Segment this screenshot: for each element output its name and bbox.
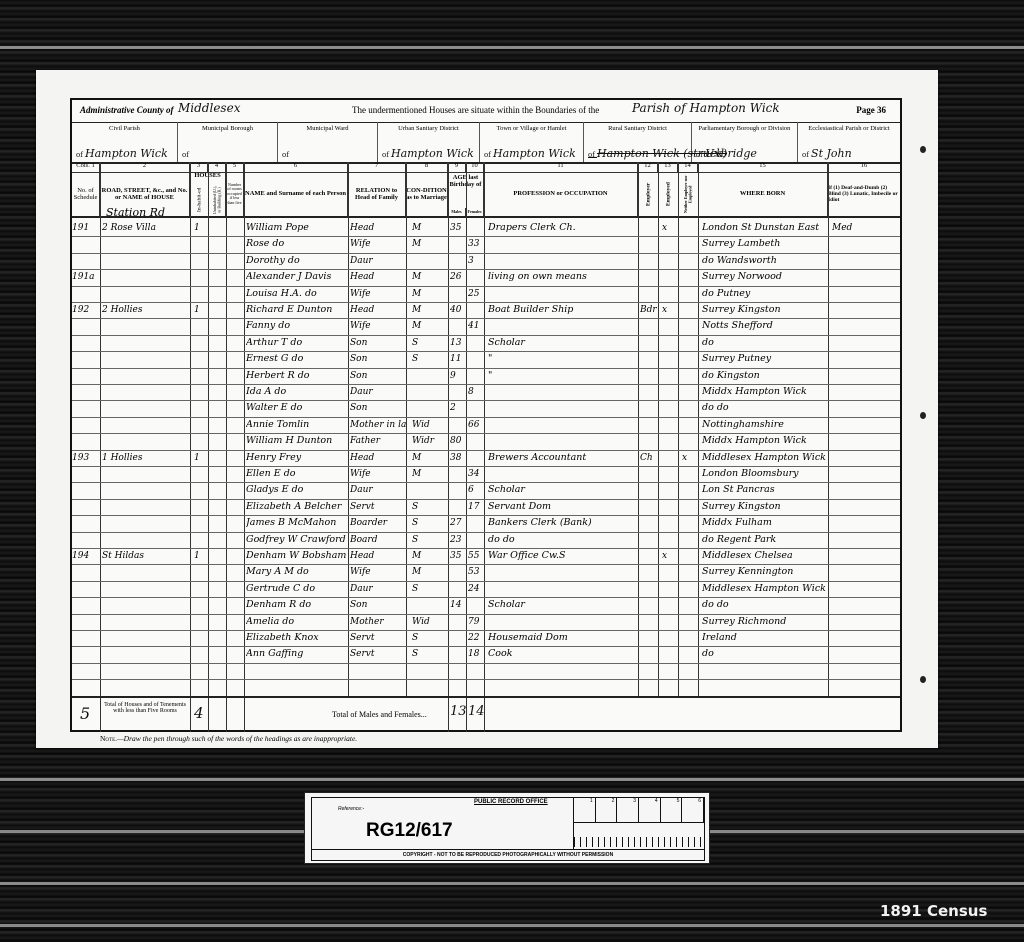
name-cell: Amelia do	[246, 614, 348, 630]
header-condition: CON-DITION as to Marriage	[406, 172, 448, 216]
relation-cell: Servt	[350, 499, 406, 515]
colnum: Cols. 1	[72, 162, 100, 172]
colnum: 14	[678, 162, 698, 172]
employed-cell	[662, 499, 678, 515]
totals-row: 5 Total of Houses and of Tenements with …	[72, 696, 900, 732]
employer-cell	[640, 482, 658, 498]
inhabited-cell	[194, 614, 208, 630]
district-row: Civil ParishHampton Wick Municipal Borou…	[72, 122, 900, 164]
district-urban-sanitary: Urban Sanitary DistrictHampton Wick	[378, 122, 480, 162]
inhabited-cell	[194, 335, 208, 351]
relation-cell: Son	[350, 335, 406, 351]
house-cell	[102, 597, 190, 613]
name-cell: Gladys E do	[246, 482, 348, 498]
infirmity-cell	[832, 286, 898, 302]
relation-cell: Wife	[350, 564, 406, 580]
birthplace-cell: Surrey Norwood	[702, 269, 828, 285]
occupation-cell: do do	[488, 532, 638, 548]
occupation-cell: Scholar	[488, 482, 638, 498]
employer-cell	[640, 417, 658, 433]
relation-cell: Daur	[350, 253, 406, 269]
condition-cell: Wid	[412, 417, 448, 433]
neither-cell	[682, 220, 698, 236]
inhabited-cell: 1	[194, 220, 208, 236]
neither-cell	[682, 384, 698, 400]
name-cell: Ann Gaffing	[246, 646, 348, 662]
infirmity-cell	[832, 515, 898, 531]
female-age-cell	[468, 335, 484, 351]
neither-cell	[682, 597, 698, 613]
name-cell: Denham R do	[246, 597, 348, 613]
table-row: Gertrude C doDaurS24Middlesex Hampton Wi…	[72, 581, 900, 598]
header-occupation: PROFESSION or OCCUPATION	[484, 172, 638, 216]
occupation-cell	[488, 384, 638, 400]
male-age-cell: 27	[450, 515, 466, 531]
table-row: 194St Hildas1Denham W BobshamHeadM3555Wa…	[72, 548, 900, 565]
neither-cell	[682, 466, 698, 482]
schedule-cell: 192	[72, 302, 100, 318]
birthplace-cell	[702, 679, 828, 695]
neither-cell	[682, 400, 698, 416]
female-age-cell	[468, 269, 484, 285]
male-age-cell	[450, 581, 466, 597]
employer-cell: Bdr	[640, 302, 658, 318]
infirmity-cell	[832, 646, 898, 662]
inhabited-cell	[194, 433, 208, 449]
employed-cell	[662, 646, 678, 662]
district-rural-sanitary: Rural Sanitary DistrictHampton Wick (str…	[584, 122, 692, 162]
house-cell	[102, 384, 190, 400]
male-age-cell	[450, 466, 466, 482]
birthplace-cell: Notts Shefford	[702, 318, 828, 334]
employed-cell	[662, 532, 678, 548]
header-inhabited: In-habit-ed	[190, 184, 208, 216]
condition-cell: M	[412, 236, 448, 252]
employed-cell	[662, 614, 678, 630]
condition-cell: S	[412, 499, 448, 515]
employed-cell	[662, 663, 678, 679]
relation-cell: Boarder	[350, 515, 406, 531]
inhabited-cell	[194, 499, 208, 515]
occupation-cell	[488, 564, 638, 580]
condition-cell: Wid	[412, 614, 448, 630]
admin-county-label: Administrative County of	[80, 105, 174, 115]
employed-cell	[662, 466, 678, 482]
relation-cell: Son	[350, 351, 406, 367]
occupation-cell: Cook	[488, 646, 638, 662]
name-cell: Fanny do	[246, 318, 348, 334]
female-age-cell: 24	[468, 581, 484, 597]
header-employer: Employer	[638, 172, 658, 216]
birthplace-cell: do do	[702, 400, 828, 416]
infirmity-cell	[832, 417, 898, 433]
relation-cell: Son	[350, 368, 406, 384]
table-row: James B McMahonBoarderS27Bankers Clerk (…	[72, 515, 900, 532]
note-text: —Draw the pen through such of the words …	[117, 734, 357, 743]
male-age-cell: 80	[450, 433, 466, 449]
infirmity-cell	[832, 433, 898, 449]
name-cell: Mary A M do	[246, 564, 348, 580]
relation-cell: Servt	[350, 646, 406, 662]
inhabited-cell	[194, 417, 208, 433]
schedule-cell	[72, 253, 100, 269]
colnum: 5	[226, 162, 244, 172]
birthplace-cell: London St Dunstan East	[702, 220, 828, 236]
neither-cell	[682, 532, 698, 548]
employed-cell: x	[662, 548, 678, 564]
employer-cell	[640, 318, 658, 334]
name-cell: Ellen E do	[246, 466, 348, 482]
relation-cell: Father	[350, 433, 406, 449]
female-age-cell	[468, 663, 484, 679]
condition-cell: M	[412, 564, 448, 580]
scale-mark: 1	[574, 798, 596, 822]
employer-cell: Ch	[640, 450, 658, 466]
census-entries: Station Rd 1912 Rose Villa1William PopeH…	[72, 216, 900, 696]
employed-cell: x	[662, 302, 678, 318]
neither-cell	[682, 253, 698, 269]
inhabited-cell	[194, 597, 208, 613]
scale-mark: 4	[639, 798, 661, 822]
infirmity-cell	[832, 335, 898, 351]
employer-cell	[640, 630, 658, 646]
neither-cell	[682, 318, 698, 334]
neither-cell	[682, 499, 698, 515]
relation-cell: Head	[350, 302, 406, 318]
condition-cell: M	[412, 269, 448, 285]
male-age-cell	[450, 253, 466, 269]
note-lead: Note.	[100, 734, 117, 743]
birthplace-cell: Middx Fulham	[702, 515, 828, 531]
female-age-cell	[468, 351, 484, 367]
employed-cell	[662, 236, 678, 252]
total-persons-label: Total of Males and Females...	[332, 710, 427, 719]
condition-cell: M	[412, 318, 448, 334]
relation-cell	[350, 663, 406, 679]
schedule-cell	[72, 630, 100, 646]
header-females: Females	[466, 208, 484, 216]
female-age-cell	[468, 433, 484, 449]
employed-cell: x	[662, 220, 678, 236]
employed-cell	[662, 368, 678, 384]
occupation-cell	[488, 417, 638, 433]
house-cell	[102, 433, 190, 449]
neither-cell	[682, 286, 698, 302]
relation-cell: Head	[350, 269, 406, 285]
inhabited-cell	[194, 663, 208, 679]
occupation-cell	[488, 581, 638, 597]
infirmity-cell	[832, 351, 898, 367]
relation-cell: Wife	[350, 318, 406, 334]
female-age-cell: 33	[468, 236, 484, 252]
condition-cell	[412, 482, 448, 498]
neither-cell	[682, 433, 698, 449]
schedule-cell	[72, 286, 100, 302]
occupation-cell	[488, 253, 638, 269]
punch-hole	[920, 146, 926, 153]
house-cell	[102, 564, 190, 580]
name-cell: Arthur T do	[246, 335, 348, 351]
page-number: Page 36	[856, 105, 886, 115]
neither-cell	[682, 630, 698, 646]
house-cell	[102, 335, 190, 351]
condition-cell: S	[412, 646, 448, 662]
employer-cell	[640, 663, 658, 679]
table-row: Amelia doMotherWid79Surrey Richmond	[72, 614, 900, 631]
birthplace-cell: Surrey Kingston	[702, 302, 828, 318]
birthplace-cell: Nottinghamshire	[702, 417, 828, 433]
infirmity-cell	[832, 318, 898, 334]
header-rooms: Number of rooms occupied if less than fi…	[226, 172, 244, 216]
column-headers: No. of Schedule ROAD, STREET, &c., and N…	[72, 172, 900, 218]
infirmity-cell	[832, 564, 898, 580]
neither-cell	[682, 548, 698, 564]
table-row	[72, 663, 900, 680]
condition-cell: S	[412, 515, 448, 531]
table-row: Annie TomlinMother in lawWid66Nottingham…	[72, 417, 900, 434]
neither-cell	[682, 663, 698, 679]
colnum: 9	[448, 162, 466, 172]
occupation-cell: Drapers Clerk Ch.	[488, 220, 638, 236]
relation-cell: Head	[350, 220, 406, 236]
female-age-cell	[468, 679, 484, 695]
name-cell: Herbert R do	[246, 368, 348, 384]
employed-cell	[662, 630, 678, 646]
table-row: Godfrey W CrawfordBoardS23do dodo Regent…	[72, 532, 900, 549]
occupation-cell	[488, 466, 638, 482]
house-cell	[102, 318, 190, 334]
occupation-cell: living on own means	[488, 269, 638, 285]
birthplace-cell: do Wandsworth	[702, 253, 828, 269]
total-schedules: 5	[80, 704, 90, 723]
male-age-cell: 38	[450, 450, 466, 466]
employed-cell	[662, 253, 678, 269]
occupation-cell	[488, 236, 638, 252]
condition-cell	[412, 400, 448, 416]
neither-cell	[682, 614, 698, 630]
occupation-cell	[488, 400, 638, 416]
house-cell	[102, 515, 190, 531]
employer-cell	[640, 679, 658, 695]
birthplace-cell: Middlesex Hampton Wick	[702, 450, 828, 466]
scale-mark: 2	[596, 798, 618, 822]
infirmity-cell	[832, 368, 898, 384]
district-civil-parish: Civil ParishHampton Wick	[72, 122, 178, 162]
female-age-cell: 6	[468, 482, 484, 498]
male-age-cell	[450, 646, 466, 662]
condition-cell: M	[412, 220, 448, 236]
header-employed: Employed	[658, 172, 678, 216]
house-cell: 1 Hollies	[102, 450, 190, 466]
house-cell	[102, 269, 190, 285]
reference-label: Reference:-	[338, 806, 364, 812]
table-row: Arthur T doSonS13Scholardo	[72, 335, 900, 352]
condition-cell: M	[412, 450, 448, 466]
name-cell: Ernest G do	[246, 351, 348, 367]
infirmity-cell	[832, 532, 898, 548]
neither-cell	[682, 269, 698, 285]
punch-hole	[920, 412, 926, 419]
inhabited-cell	[194, 318, 208, 334]
schedule-cell	[72, 679, 100, 695]
schedule-cell	[72, 646, 100, 662]
employer-cell	[640, 400, 658, 416]
relation-cell: Servt	[350, 630, 406, 646]
scale-mark: 3	[617, 798, 639, 822]
female-age-cell: 17	[468, 499, 484, 515]
table-row: Ann GaffingServtS18Cookdo	[72, 646, 900, 663]
schedule-cell	[72, 663, 100, 679]
copyright-notice: COPYRIGHT - NOT TO BE REPRODUCED PHOTOGR…	[312, 849, 704, 860]
condition-cell	[412, 253, 448, 269]
male-age-cell	[450, 630, 466, 646]
neither-cell	[682, 646, 698, 662]
occupation-cell	[488, 614, 638, 630]
house-cell	[102, 417, 190, 433]
condition-cell: M	[412, 466, 448, 482]
relation-cell: Head	[350, 450, 406, 466]
schedule-cell	[72, 614, 100, 630]
infirmity-cell	[832, 482, 898, 498]
name-cell	[246, 663, 348, 679]
infirmity-cell	[832, 581, 898, 597]
neither-cell	[682, 679, 698, 695]
house-cell	[102, 368, 190, 384]
census-page: Administrative County of Middlesex The u…	[36, 70, 938, 748]
infirmity-cell: Med	[832, 220, 898, 236]
employer-cell	[640, 368, 658, 384]
schedule-cell: 191a	[72, 269, 100, 285]
table-row: Louisa H.A. doWifeM25do Putney	[72, 286, 900, 303]
name-cell: Henry Frey	[246, 450, 348, 466]
schedule-cell	[72, 335, 100, 351]
relation-cell: Daur	[350, 384, 406, 400]
birthplace-cell: do	[702, 646, 828, 662]
inhabited-cell: 1	[194, 450, 208, 466]
occupation-cell: Servant Dom	[488, 499, 638, 515]
birthplace-cell: Ireland	[702, 630, 828, 646]
employed-cell	[662, 286, 678, 302]
header-uninhabited: Uninhabited (U.), or Building (B.)	[208, 184, 226, 216]
birthplace-cell: Surrey Lambeth	[702, 236, 828, 252]
relation-cell: Head	[350, 548, 406, 564]
public-record-office-label: PUBLIC RECORD OFFICE	[474, 799, 548, 805]
header-relation: RELATION to Head of Family	[348, 172, 406, 216]
occupation-cell: Housemaid Dom	[488, 630, 638, 646]
relation-cell: Daur	[350, 581, 406, 597]
occupation-cell: Bankers Clerk (Bank)	[488, 515, 638, 531]
male-age-cell	[450, 236, 466, 252]
employed-cell	[662, 351, 678, 367]
infirmity-cell	[832, 236, 898, 252]
schedule-cell	[72, 597, 100, 613]
table-row: Gladys E doDaur6ScholarLon St Pancras	[72, 482, 900, 499]
inhabited-cell: 1	[194, 548, 208, 564]
district-ecclesiastical: Ecclesiastical Parish or DistrictSt John	[798, 122, 900, 162]
header-schedule: No. of Schedule	[72, 172, 100, 216]
employer-cell	[640, 220, 658, 236]
male-age-cell: 35	[450, 548, 466, 564]
colnum: 6	[244, 162, 348, 172]
infirmity-cell	[832, 384, 898, 400]
female-age-cell: 66	[468, 417, 484, 433]
inhabited-cell	[194, 368, 208, 384]
total-males: 13	[450, 704, 467, 719]
relation-cell	[350, 679, 406, 695]
table-row: Ida A doDaur8Middx Hampton Wick	[72, 384, 900, 401]
neither-cell	[682, 581, 698, 597]
table-row: Walter E doSon2do do	[72, 400, 900, 417]
relation-cell: Wife	[350, 466, 406, 482]
occupation-cell	[488, 663, 638, 679]
inhabited-cell	[194, 679, 208, 695]
header-infirmity: If (1) Deaf-and-Dumb (2) Blind (3) Lunat…	[828, 172, 900, 216]
condition-cell: S	[412, 630, 448, 646]
table-row: Fanny doWifeM41Notts Shefford	[72, 318, 900, 335]
condition-cell: S	[412, 532, 448, 548]
employer-cell	[640, 646, 658, 662]
birthplace-cell: Lon St Pancras	[702, 482, 828, 498]
table-row: Denham R doSon14Scholardo do	[72, 597, 900, 614]
schedule-cell	[72, 417, 100, 433]
employer-cell	[640, 614, 658, 630]
male-age-cell: 40	[450, 302, 466, 318]
inhabited-cell	[194, 564, 208, 580]
neither-cell	[682, 335, 698, 351]
condition-cell: M	[412, 286, 448, 302]
form-header: Administrative County of Middlesex The u…	[72, 100, 900, 123]
male-age-cell	[450, 679, 466, 695]
boundaries-label: The undermentioned Houses are situate wi…	[352, 105, 599, 115]
schedule-cell	[72, 515, 100, 531]
male-age-cell	[450, 417, 466, 433]
header-name: NAME and Surname of each Person	[244, 172, 348, 216]
house-cell	[102, 581, 190, 597]
employer-cell	[640, 351, 658, 367]
female-age-cell: 53	[468, 564, 484, 580]
table-row: 191aAlexander J DavisHeadM26living on ow…	[72, 269, 900, 286]
name-cell: Elizabeth A Belcher	[246, 499, 348, 515]
neither-cell	[682, 482, 698, 498]
occupation-cell	[488, 679, 638, 695]
house-cell	[102, 253, 190, 269]
colnum: 3	[190, 162, 208, 172]
house-cell	[102, 532, 190, 548]
occupation-cell: Boat Builder Ship	[488, 302, 638, 318]
male-age-cell	[450, 564, 466, 580]
neither-cell	[682, 351, 698, 367]
employed-cell	[662, 581, 678, 597]
female-age-cell: 18	[468, 646, 484, 662]
colnum: 13	[658, 162, 678, 172]
infirmity-cell	[832, 466, 898, 482]
employer-cell	[640, 548, 658, 564]
condition-cell: M	[412, 548, 448, 564]
inhabited-cell	[194, 532, 208, 548]
relation-cell: Wife	[350, 236, 406, 252]
inhabited-cell	[194, 253, 208, 269]
census-form: Administrative County of Middlesex The u…	[70, 98, 902, 732]
male-age-cell	[450, 663, 466, 679]
condition-cell	[412, 663, 448, 679]
table-row: Elizabeth KnoxServtS22Housemaid DomIrela…	[72, 630, 900, 647]
schedule-cell	[72, 581, 100, 597]
schedule-cell	[72, 482, 100, 498]
colnum: 7	[348, 162, 406, 172]
county-value: Middlesex	[178, 101, 240, 115]
street-heading: Station Rd	[106, 206, 165, 220]
condition-cell: M	[412, 302, 448, 318]
